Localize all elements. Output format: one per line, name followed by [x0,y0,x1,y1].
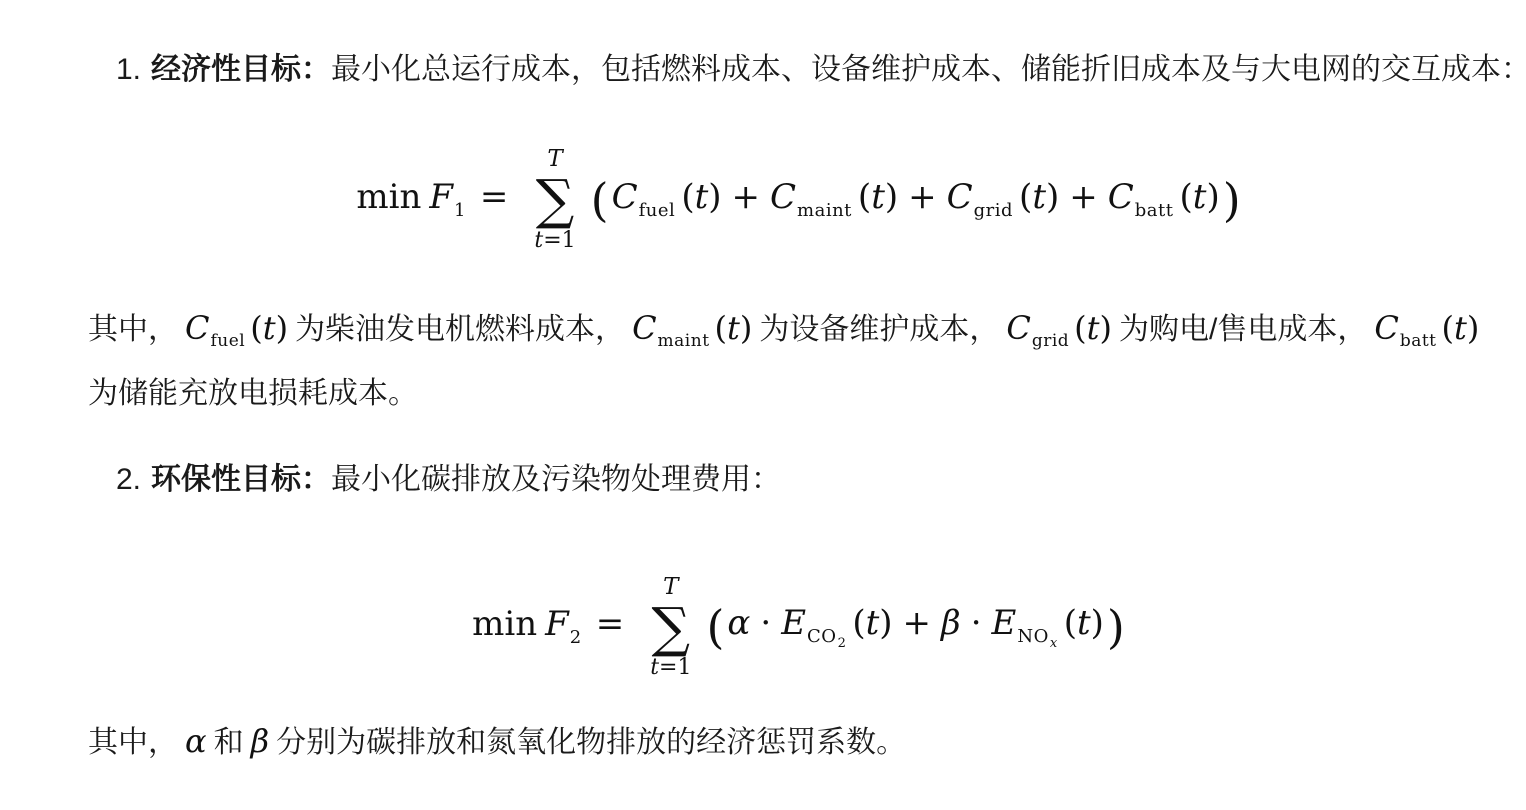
sum-index-start: =1 [543,228,575,253]
paren: ( [715,309,727,347]
item-2-colon: ： [301,463,331,496]
t-var: t [1032,177,1046,217]
formula-1-lhs: minF1= [356,175,522,225]
paren: ) [885,177,898,217]
math-sub: maint [658,331,710,351]
item-1-description: 最小化总运行成本，包括燃料成本、设备维护成本、储能折旧成本及与大电网的交互成本： [331,53,1526,86]
item-1-title: 经济性目标 [151,53,301,86]
cdot-operator: · [971,603,982,643]
t-var: t [1193,177,1207,217]
paren: ) [879,603,892,643]
math-sub: grid [974,200,1013,221]
formula-economic-objective: minF1= T ∑ t=1 ( Cfuel(t)+Cmaint(t)+Cgri… [88,148,1512,252]
math-sub: NOx [1017,626,1057,647]
math-sub-main: CO [807,626,837,647]
math-var: C [1006,309,1030,347]
text-run: 为设备维护成本， [759,313,999,346]
sum-index-start: =1 [659,655,691,680]
paren: ( [681,177,694,217]
inline-math-beta: β [251,722,270,760]
item-2-title: 环保性目标 [151,463,301,496]
equals-sign: = [480,177,509,217]
beta-coefficient: β [941,603,961,643]
math-sub-sub: 2 [838,636,847,651]
text-run: 为储能充放电损耗成本。 [88,377,418,410]
list-item-2-heading: 2.环保性目标：最小化碳排放及污染物处理费用： [88,460,1512,500]
sigma-icon: ∑ [536,176,575,224]
inline-math-c-fuel: Cfuel(t) [185,309,288,347]
min-operator: min [472,604,537,644]
beta-coefficient: β [251,722,270,760]
math-var: C [1108,177,1134,217]
text-run: 为购电/售电成本， [1119,313,1367,346]
math-sub: fuel [639,200,676,221]
t-var: t [871,177,885,217]
math-sub: grid [1032,331,1069,351]
text-run: 分别为碳排放和氮氧化物排放的经济惩罚系数。 [276,726,906,759]
formula-1-row: minF1= T ∑ t=1 ( Cfuel(t)+Cmaint(t)+Cgri… [356,148,1243,252]
math-sub: maint [797,200,852,221]
formula-1-terms: Cfuel(t)+Cmaint(t)+Cgrid(t)+Cbatt(t) [612,175,1220,225]
math-var: C [1374,309,1398,347]
objective-variable: F [545,604,569,644]
alpha-coefficient: α [727,603,750,643]
close-paren: ) [1223,177,1241,223]
paren: ( [858,177,871,217]
formula-environmental-objective: minF2= T ∑ t=1 ( α·ECO2(t)+β·ENOx(t) ) [88,576,1512,680]
sum-lower-limit: t=1 [534,230,575,252]
paren: ( [1019,177,1032,217]
paragraph-cost-terms: 其中，Cfuel(t)为柴油发电机燃料成本，Cmaint(t)为设备维护成本，C… [88,298,1512,424]
formula-2-row: minF2= T ∑ t=1 ( α·ECO2(t)+β·ENOx(t) ) [472,576,1128,680]
math-sub: batt [1400,331,1437,351]
item-1-colon: ： [301,53,331,86]
inline-math-c-batt: Cbatt(t) [1374,309,1479,347]
paren: ( [1074,309,1086,347]
paren: ) [1206,177,1219,217]
t-var: t [1087,309,1100,347]
t-var: t [866,603,880,643]
sigma-icon: ∑ [652,604,691,652]
summation-symbol: T ∑ t=1 [534,148,575,252]
math-sub: CO2 [807,626,846,647]
plus-sign: + [732,177,761,217]
paren: ( [1180,177,1193,217]
paren: ) [1100,309,1112,347]
paren: ( [1064,603,1077,643]
text-run: 其中， [88,313,178,346]
math-var: C [632,309,656,347]
math-sub: fuel [210,331,245,351]
inline-math-c-grid: Cgrid(t) [1006,309,1112,347]
t-var: t [695,177,709,217]
t-var: t [1077,603,1091,643]
paren: ) [1467,309,1479,347]
formula-2-lhs: minF2= [472,602,638,652]
item-2-number: 2. [116,463,141,496]
formula-2-terms: α·ECO2(t)+β·ENOx(t) [727,601,1103,653]
paren: ( [852,603,865,643]
t-var: t [1454,309,1467,347]
paren: ( [1442,309,1454,347]
t-var: t [263,309,276,347]
list-item-1-heading: 1.经济性目标：最小化总运行成本，包括燃料成本、设备维护成本、储能折旧成本及与大… [88,50,1512,90]
plus-sign: + [1069,177,1098,217]
sum-index-var: t [534,228,543,253]
paren: ) [1091,603,1104,643]
item-1-number: 1. [116,53,141,86]
math-var: E [992,603,1017,643]
objective-variable: F [429,177,453,217]
item-2-description: 最小化碳排放及污染物处理费用： [331,463,781,496]
cdot-operator: · [760,603,771,643]
plus-sign: + [908,177,937,217]
text-run: 和 [214,726,244,759]
math-var: C [770,177,796,217]
paragraph-penalty-coefficients: 其中，α和β分别为碳排放和氮氧化物排放的经济惩罚系数。 [88,711,1512,773]
paren: ) [276,309,288,347]
t-var: t [727,309,740,347]
summation-symbol: T ∑ t=1 [650,576,691,680]
open-paren: ( [591,177,609,223]
close-paren: ) [1107,604,1125,650]
paren: ) [1046,177,1059,217]
sum-index-var: t [650,655,659,680]
math-sub: batt [1135,200,1174,221]
paren: ) [740,309,752,347]
math-var: C [612,177,638,217]
document: 1.经济性目标：最小化总运行成本，包括燃料成本、设备维护成本、储能折旧成本及与大… [0,0,1526,773]
plus-sign: + [903,603,932,643]
sum-lower-limit: t=1 [650,657,691,679]
min-operator: min [356,177,421,217]
open-paren: ( [706,604,724,650]
inline-math-c-maint: Cmaint(t) [632,309,752,347]
math-var: E [781,603,806,643]
math-var: C [185,309,209,347]
objective-subscript: 1 [454,200,466,221]
text-run: 其中， [88,726,178,759]
objective-subscript: 2 [570,627,582,648]
math-sub-main: NO [1017,626,1049,647]
paren: ( [250,309,262,347]
inline-math-alpha: α [185,722,207,760]
paren: ) [708,177,721,217]
text-run: 为柴油发电机燃料成本， [295,313,625,346]
math-sub-sub: x [1050,636,1058,651]
alpha-coefficient: α [185,722,207,760]
equals-sign: = [596,604,625,644]
math-var: C [947,177,973,217]
